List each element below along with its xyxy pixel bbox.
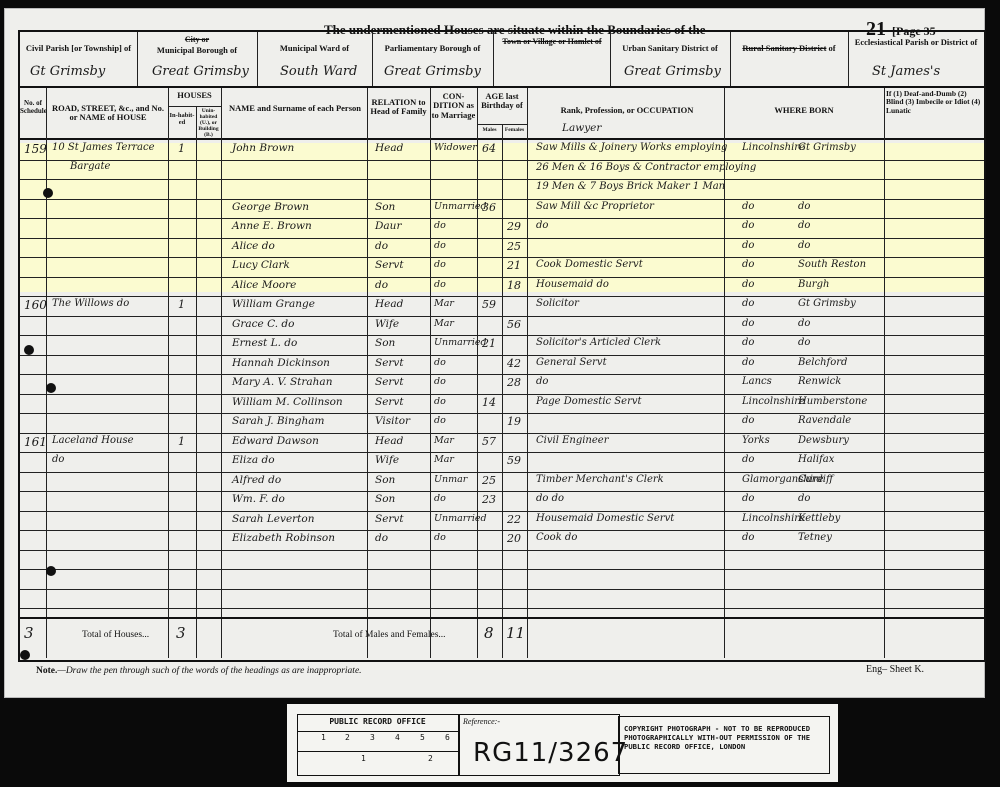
col-header-males: Males: [477, 127, 502, 133]
female-age: 22: [507, 513, 521, 526]
female-age: 21: [507, 259, 521, 272]
row-divider: [20, 179, 984, 180]
relation: do: [375, 532, 388, 544]
relation: Wife: [375, 454, 399, 466]
divider: [257, 32, 258, 86]
born-place: do: [798, 493, 810, 504]
born-county: Lincolnshire: [742, 396, 805, 407]
divider: [372, 32, 373, 86]
born-place: Kettleby: [798, 513, 840, 524]
scale-tick: 2: [345, 733, 350, 742]
female-age: 28: [507, 376, 521, 389]
divider: [297, 751, 458, 752]
row-divider: [20, 452, 984, 453]
occupation: Saw Mills & Joinery Works employing: [536, 142, 727, 153]
condition: Mar: [434, 454, 454, 465]
note-text: —Draw the pen through such of the words …: [57, 666, 361, 676]
schedule-number: 159: [24, 142, 47, 156]
sheet-label: Eng– Sheet K.: [866, 664, 924, 675]
row-divider: [20, 413, 984, 414]
occupation: 26 Men & 16 Boys & Contractor employing: [536, 162, 756, 173]
copyright-notice: COPYRIGHT PHOTOGRAPH - NOT TO BE REPRODU…: [624, 724, 824, 751]
col-header-age: AGE last Birthday of: [477, 92, 527, 111]
male-age: 14: [482, 396, 496, 409]
ink-blot: [46, 383, 56, 393]
total-persons-label: Total of Males and Females...: [333, 630, 446, 640]
row-divider: [20, 199, 984, 200]
divider: [848, 32, 849, 86]
row-divider: [20, 316, 984, 317]
footer-note: Note.—Draw the pen through such of the w…: [36, 666, 362, 676]
col-header-occupation: Rank, Profession, or OCCUPATION: [530, 106, 724, 115]
relation: Visitor: [375, 415, 410, 427]
boundary-label-struck: City or: [137, 36, 257, 45]
total-houses-label: Total of Houses...: [82, 630, 149, 640]
divider: [477, 124, 527, 125]
person-name: Mary A. V. Strahan: [232, 376, 332, 388]
born-place: Gt Grimsby: [798, 142, 856, 153]
ink-blot: [20, 650, 30, 660]
born-place: Gt Grimsby: [798, 298, 856, 309]
female-age: 59: [507, 454, 521, 467]
row-divider: [20, 218, 984, 219]
occupation: Saw Mill &c Proprietor: [536, 201, 654, 212]
born-place: Belchford: [798, 357, 847, 368]
born-place: Ravendale: [798, 415, 851, 426]
born-place: Dewsbury: [798, 435, 849, 446]
relation: Son: [375, 337, 395, 349]
boundary-label-of: of: [829, 43, 836, 53]
female-age: 29: [507, 220, 521, 233]
born-county: Lincolnshire: [742, 142, 805, 153]
occupation: Housemaid Domestic Servt: [536, 513, 674, 524]
divider: [493, 32, 494, 86]
divider: [502, 124, 503, 658]
condition: do: [434, 220, 446, 231]
row-divider: [20, 335, 984, 336]
person-name: Wm. F. do: [232, 493, 285, 505]
divider: [430, 88, 431, 658]
female-age: 20: [507, 532, 521, 545]
condition: Unmarried: [434, 337, 487, 348]
condition: Mar: [434, 298, 454, 309]
born-county: do: [742, 337, 754, 348]
row-divider: [20, 530, 984, 531]
divider: [610, 32, 611, 86]
divider: [884, 88, 885, 658]
born-place: do: [798, 318, 810, 329]
col-header-condition: CON-DITION as to Marriage: [430, 92, 477, 120]
scale-tick: 1: [361, 754, 366, 763]
born-place: South Reston: [798, 259, 866, 270]
male-age: 36: [482, 201, 496, 214]
condition: do: [434, 240, 446, 251]
boundary-value-ecclesiastical: St James's: [872, 64, 940, 79]
person-name: Eliza do: [232, 454, 275, 466]
row-divider: [20, 511, 984, 512]
road-address: 10 St James Terrace: [52, 142, 155, 153]
divider: [527, 88, 528, 658]
female-age: 25: [507, 240, 521, 253]
col-header-road: ROAD, STREET, &c., and No. or NAME of HO…: [50, 104, 166, 123]
scale-tick: 4: [395, 733, 400, 742]
condition: do: [434, 279, 446, 290]
occupation: do do: [536, 493, 564, 504]
born-place: do: [798, 220, 810, 231]
divider: [20, 617, 984, 619]
person-name: William Grange: [232, 298, 315, 310]
divider: [297, 731, 458, 732]
female-age: 18: [507, 279, 521, 292]
boundary-value-municipal-ward: South Ward: [280, 64, 357, 79]
total-females: 11: [506, 624, 525, 642]
scale-tick: 1: [321, 733, 326, 742]
condition: do: [434, 415, 446, 426]
divider: [724, 88, 725, 658]
condition: do: [434, 493, 446, 504]
relation: Wife: [375, 318, 399, 330]
male-age: 21: [482, 337, 496, 350]
divider: [168, 88, 169, 658]
occupation: Civil Engineer: [536, 435, 608, 446]
condition: do: [434, 357, 446, 368]
condition: do: [434, 532, 446, 543]
born-county: do: [742, 279, 754, 290]
ink-blot: [24, 345, 34, 355]
record-office-stamp: PUBLIC RECORD OFFICE 1 2 3 4 5 6 1 2 Ref…: [287, 704, 838, 782]
boundary-value-civil-parish: Gt Grimsby: [30, 64, 105, 79]
female-age: 56: [507, 318, 521, 331]
relation: Head: [375, 435, 403, 447]
road-address: do: [52, 454, 64, 465]
born-place: Tetney: [798, 532, 832, 543]
row-divider: [20, 491, 984, 492]
born-county: Lancs: [742, 376, 772, 387]
divider: [196, 106, 197, 658]
male-age: 57: [482, 435, 496, 448]
person-name: Ernest L. do: [232, 337, 297, 349]
row-divider: [20, 257, 984, 258]
boundary-label-parliamentary-borough: Parliamentary Borough of: [372, 44, 493, 53]
boundary-label-town-village: Town or Village or Hamlet of: [500, 38, 604, 47]
relation: Head: [375, 298, 403, 310]
born-county: do: [742, 240, 754, 251]
row-divider: [20, 472, 984, 473]
born-place: do: [798, 337, 810, 348]
born-place: Renwick: [798, 376, 841, 387]
reference-label: Reference:-: [463, 717, 500, 726]
scale-tick: 6: [445, 733, 450, 742]
boundary-value-parliamentary-borough: Great Grimsby: [384, 64, 481, 79]
scale-tick: 5: [420, 733, 425, 742]
born-county: do: [742, 357, 754, 368]
col-header-females: Females: [502, 127, 527, 133]
row-divider: [20, 433, 984, 434]
condition: do: [434, 376, 446, 387]
occupation: Solicitor: [536, 298, 579, 309]
relation: Servt: [375, 396, 404, 408]
condition: do: [434, 259, 446, 270]
boundary-label-municipal-ward: Municipal Ward of: [257, 44, 372, 53]
condition: Mar: [434, 435, 454, 446]
occupation-annotation: Lawyer: [562, 122, 601, 134]
person-name: Hannah Dickinson: [232, 357, 330, 369]
born-county: Yorks: [742, 435, 770, 446]
inhabited-count: 1: [178, 142, 185, 155]
relation: Son: [375, 493, 395, 505]
divider: [20, 86, 984, 88]
schedule-number: 161: [24, 435, 47, 449]
male-age: 59: [482, 298, 496, 311]
born-county: do: [742, 493, 754, 504]
person-name: Lucy Clark: [232, 259, 290, 271]
row-divider: [20, 355, 984, 356]
born-place: Burgh: [798, 279, 829, 290]
condition: Mar: [434, 318, 454, 329]
row-divider: [20, 374, 984, 375]
born-place: Halifax: [798, 454, 834, 465]
divider: [730, 32, 731, 86]
born-county: do: [742, 259, 754, 270]
born-county: do: [742, 532, 754, 543]
relation: Daur: [375, 220, 401, 232]
schedule-number: 160: [24, 298, 47, 312]
row-divider: [20, 160, 984, 161]
road-address-line2: Bargate: [70, 161, 110, 172]
row-divider: [20, 569, 984, 570]
born-county: do: [742, 220, 754, 231]
male-age: 23: [482, 493, 496, 506]
total-schedules: 3: [24, 624, 34, 642]
born-county: do: [742, 298, 754, 309]
ink-blot: [46, 566, 56, 576]
occupation: General Servt: [536, 357, 607, 368]
inhabited-count: 1: [178, 435, 185, 448]
person-name: Alfred do: [232, 474, 281, 486]
row-divider: [20, 589, 984, 590]
person-name: Sarah Leverton: [232, 513, 315, 525]
relation: Servt: [375, 376, 404, 388]
scale-tick: 2: [428, 754, 433, 763]
born-county: Lincolnshire: [742, 513, 805, 524]
person-name: William M. Collinson: [232, 396, 343, 408]
occupation: Cook Domestic Servt: [536, 259, 643, 270]
col-header-uninhabited: Unin-habited (U.), or Building (B.): [196, 108, 221, 138]
person-name: Sarah J. Bingham: [232, 415, 324, 427]
col-header-inhabited: In-habit-ed: [168, 112, 196, 126]
person-name: John Brown: [232, 142, 294, 154]
col-header-houses: HOUSES: [168, 91, 221, 100]
boundary-value-municipal-borough: Great Grimsby: [152, 64, 249, 79]
relation: Son: [375, 201, 395, 213]
boundary-label-rural-sanitary: Rural Sanitary District: [742, 43, 826, 53]
row-divider: [20, 277, 984, 278]
occupation: do: [536, 376, 548, 387]
person-name: George Brown: [232, 201, 309, 213]
relation: do: [375, 279, 388, 291]
condition: Unmarried: [434, 201, 487, 212]
col-header-schedule: No. of Schedule: [20, 100, 46, 115]
born-county: do: [742, 454, 754, 465]
born-place: Cardiff: [798, 474, 833, 485]
person-name: Anne E. Brown: [232, 220, 312, 232]
born-place: do: [798, 201, 810, 212]
divider: [168, 106, 221, 107]
female-age: 42: [507, 357, 521, 370]
occupation: Housemaid do: [536, 279, 609, 290]
boundary-label-civil-parish: Civil Parish [or Township] of: [20, 44, 137, 53]
female-age: 19: [507, 415, 521, 428]
boundary-label-urban-sanitary: Urban Sanitary District of: [610, 44, 730, 53]
row-divider: [20, 608, 984, 609]
occupation: Timber Merchant's Clerk: [536, 474, 664, 485]
row-divider: [20, 296, 984, 297]
occupation: do: [536, 220, 548, 231]
office-label: PUBLIC RECORD OFFICE: [297, 717, 458, 726]
born-place: do: [798, 240, 810, 251]
born-county: do: [742, 201, 754, 212]
reference-number: RG11/3267: [473, 738, 628, 768]
col-header-relation: RELATION to Head of Family: [367, 98, 430, 117]
condition: Unmar: [434, 474, 467, 485]
road-address: Laceland House: [52, 435, 134, 446]
male-age: 25: [482, 474, 496, 487]
person-name: Edward Dawson: [232, 435, 319, 447]
relation: Servt: [375, 513, 404, 525]
relation: Servt: [375, 357, 404, 369]
ink-blot: [43, 188, 53, 198]
inhabited-count: 1: [178, 298, 185, 311]
divider: [221, 88, 222, 658]
boundary-label-municipal-borough: Municipal Borough of: [137, 46, 257, 55]
row-divider: [20, 394, 984, 395]
relation: Head: [375, 142, 403, 154]
born-county: do: [742, 318, 754, 329]
occupation: Page Domestic Servt: [536, 396, 642, 407]
scale-tick: 3: [370, 733, 375, 742]
col-header-name: NAME and Surname of each Person: [228, 104, 362, 113]
divider: [477, 88, 478, 658]
total-males: 8: [484, 624, 494, 642]
born-county: do: [742, 415, 754, 426]
born-place: Humberstone: [798, 396, 867, 407]
person-name: Alice Moore: [232, 279, 296, 291]
col-header-infirmity: If (1) Deaf-and-Dumb (2) Blind (3) Imbec…: [886, 90, 982, 115]
relation: Servt: [375, 259, 404, 271]
person-name: Elizabeth Robinson: [232, 532, 335, 544]
occupation: Cook do: [536, 532, 577, 543]
col-header-born: WHERE BORN: [724, 106, 884, 115]
total-houses-value: 3: [176, 624, 186, 642]
occupation: Solicitor's Articled Clerk: [536, 337, 661, 348]
relation: Son: [375, 474, 395, 486]
row-divider: [20, 550, 984, 551]
road-address: The Willows do: [52, 298, 129, 309]
divider: [367, 88, 368, 658]
relation: do: [375, 240, 388, 252]
boundary-value-urban-sanitary: Great Grimsby: [624, 64, 721, 79]
occupation: 19 Men & 7 Boys Brick Maker 1 Man: [536, 181, 725, 192]
person-name: Grace C. do: [232, 318, 294, 330]
male-age: 64: [482, 142, 496, 155]
note-prefix: Note.: [36, 666, 57, 676]
condition: Widower: [434, 142, 477, 153]
condition: Unmarried: [434, 513, 487, 524]
boundary-label-ecclesiastical: Ecclesiastical Parish or District of: [850, 38, 982, 47]
row-divider: [20, 238, 984, 239]
condition: do: [434, 396, 446, 407]
person-name: Alice do: [232, 240, 275, 252]
